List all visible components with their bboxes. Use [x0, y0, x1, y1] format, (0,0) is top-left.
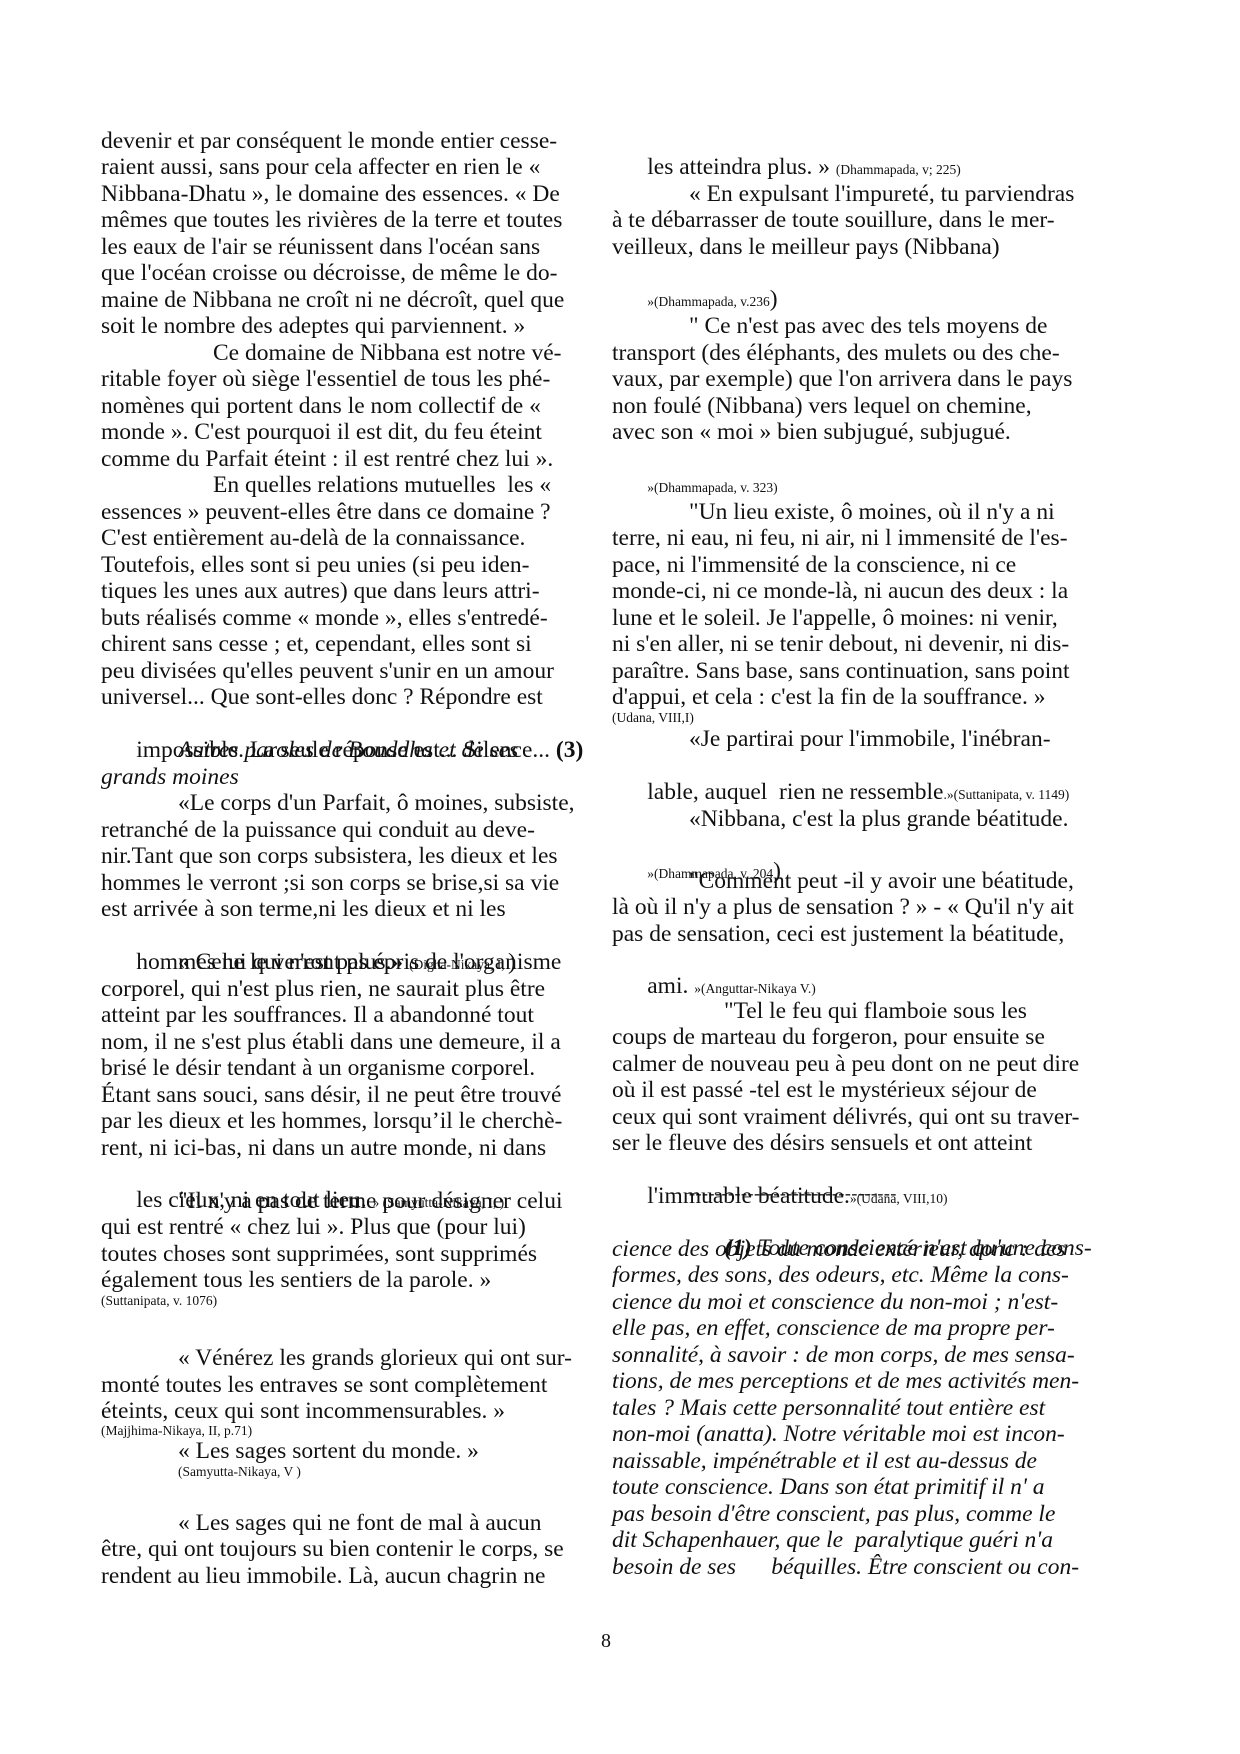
closing-quote: » [694, 981, 701, 996]
text-line: chirent sans cesse ; et, cependant, elle… [101, 631, 532, 657]
text-line: maine de Nibbana ne croît ni ne décroît,… [101, 287, 564, 313]
citation: (Suttanipata, v. 1076) [101, 1293, 217, 1309]
footnote-line: besoin de ses béquilles. Être conscient … [612, 1554, 1079, 1580]
text-line: Nibbana-Dhatu », le domaine des essences… [101, 181, 560, 207]
text-line: "Tel le feu qui flamboie sous les [724, 998, 1027, 1024]
text-span: lable, auquel rien ne ressemble [647, 779, 943, 805]
text-line: Ce domaine de Nibbana est notre vé- [213, 340, 561, 366]
footnote-line: toute conscience. Dans son état primitif… [612, 1474, 1045, 1500]
page-number: 8 [601, 1630, 611, 1652]
text-line: non foulé (Nibbana) vers lequel on chemi… [612, 393, 1032, 419]
text-line: Étant sans souci, sans désir, il ne peut… [101, 1082, 561, 1108]
text-line: "Comment peut -il y avoir une béatitude, [689, 868, 1074, 894]
text-line: soit le nombre des adeptes qui parvienne… [101, 313, 525, 339]
text-line: «Je partirai pour l'immobile, l'inébran- [689, 726, 1051, 752]
document-page: devenir et par conséquent le monde entie… [0, 0, 1240, 1754]
citation: (Majjhima-Nikaya, II, p.71) [101, 1423, 252, 1439]
text-line: est arrivée à son terme,ni les dieux et … [101, 896, 506, 922]
text-line: C'est entièrement au-delà de la connaiss… [101, 525, 525, 551]
text-line: «Le corps d'un Parfait, ô moines, subsis… [178, 790, 575, 816]
text-line: veilleux, dans le meilleur pays (Nibbana… [612, 234, 1000, 260]
text-line: nom, il ne s'est plus établi dans une de… [101, 1029, 561, 1055]
text-line: vaux, par exemple) que l'on arrivera dan… [612, 366, 1072, 392]
text-line: " Ce n'est pas avec des tels moyens de [689, 313, 1047, 339]
text-line: pace, ni l'immensité de la conscience, n… [612, 552, 1016, 578]
closing-quote: » [647, 294, 654, 309]
text-span: ami. [647, 973, 694, 999]
citation: (Dhammapada, v; 225) [836, 162, 961, 177]
right-column: les atteindra plus. » (Dhammapada, v; 22… [612, 0, 1122, 1754]
citation: (Udana, VIII,I) [612, 710, 694, 726]
footnote-line: cience des objets du monde extérieur, do… [612, 1236, 1066, 1262]
text-line: les eaux de l'air se réunissent dans l'o… [101, 234, 540, 260]
text-line: lune et le soleil. Je l'appelle, ô moine… [612, 605, 1058, 631]
text-line: atteint par les souffrances. Il a abando… [101, 1002, 534, 1028]
footnote-line: non-moi (anatta). Notre véritable moi es… [612, 1421, 1065, 1447]
footnote-line: elle pas, en effet, conscience de ma pro… [612, 1315, 1055, 1341]
footnote-line: pas besoin d'être conscient, pas plus, c… [612, 1501, 1055, 1527]
text-line: buts réalisés comme « monde », elles s'e… [101, 605, 548, 631]
text-line: rendent au lieu immobile. Là, aucun chag… [101, 1563, 545, 1589]
closing-quote: » [647, 480, 654, 495]
text-line: par les dieux et les hommes, lorsqu’il l… [101, 1108, 562, 1134]
text-line: monde ». C'est pourquoi il est dit, du f… [101, 419, 542, 445]
citation: (Anguttar-Nikaya V.) [701, 981, 816, 996]
text-line: nomènes qui portent dans le nom collecti… [101, 393, 541, 419]
text-line: « Les sages sortent du monde. » [178, 1438, 479, 1464]
text-line: où il est passé -tel est le mystérieux s… [612, 1077, 1037, 1103]
text-line: "Il n'y a pas de terme pour désigner cel… [178, 1188, 562, 1214]
citation: .»(Suttanipata, v. 1149) [944, 787, 1070, 802]
text-line: rent, ni ici-bas, ni dans un autre monde… [101, 1135, 546, 1161]
text-line: «Nibbana, c'est la plus grande béatitude… [689, 806, 1068, 832]
footnote-line: formes, des sons, des odeurs, etc. Même … [612, 1262, 1069, 1288]
text-span: les atteindra plus. » [647, 154, 836, 180]
text-line: également tous les sentiers de la parole… [101, 1267, 491, 1293]
text-line: nir.Tant que son corps subsistera, les d… [101, 843, 558, 869]
text-line: corporel, qui n'est plus rien, ne saurai… [101, 976, 545, 1002]
text-line: coups de marteau du forgeron, pour ensui… [612, 1024, 1045, 1050]
left-column: devenir et par conséquent le monde entie… [101, 0, 611, 1754]
text-line: ceux qui sont vraiment délivrés, qui ont… [612, 1104, 1079, 1130]
text-line: monde-ci, ni ce monde-là, ni aucun des d… [612, 578, 1068, 604]
text-line: monté toutes les entraves se sont complè… [101, 1372, 547, 1398]
text-line: « Celui qui n'est pas épris de l'organis… [178, 949, 561, 975]
text-line: d'appui, et cela : c'est la fin de la so… [612, 684, 1045, 710]
text-line: ritable foyer où siège l'essentiel de to… [101, 366, 550, 392]
text-line: pas de sensation, ceci est justement la … [612, 921, 1064, 947]
text-line: terre, ni eau, ni feu, ni air, ni l imme… [612, 525, 1068, 551]
citation: (Samyutta-Nikaya, V ) [178, 1464, 301, 1480]
footnote-line: naissable, impénétrable et il est au-des… [612, 1448, 1037, 1474]
closing-quote: » [647, 866, 654, 881]
text-line: devenir et par conséquent le monde entie… [101, 128, 557, 154]
footnote-marker: (3) [556, 737, 583, 763]
text-line: essences » peuvent-elles être dans ce do… [101, 499, 551, 525]
section-heading: grands moines [101, 764, 239, 790]
citation-paren: ) [770, 286, 778, 312]
footnote-line: dit Schapenhauer, que le paralytique gué… [612, 1527, 1053, 1553]
text-line: mêmes que toutes les rivières de la terr… [101, 207, 562, 233]
text-line: à te débarrasser de toute souillure, dan… [612, 207, 1055, 233]
text-line: là où il n'y a plus de sensation ? » - «… [612, 894, 1074, 920]
text-line: transport (des éléphants, des mulets ou … [612, 340, 1060, 366]
footnote-line: sonnalité, à savoir : de mon corps, de m… [612, 1342, 1075, 1368]
text-line: être, qui ont toujours su bien contenir … [101, 1536, 564, 1562]
text-line: "Un lieu existe, ô moines, où il n'y a n… [689, 499, 1055, 525]
text-line: Toutefois, elles sont si peu unies (si p… [101, 552, 529, 578]
text-line: ni s'en aller, ni se tenir debout, ni de… [612, 631, 1069, 657]
text-line: brisé le désir tendant à un organisme co… [101, 1055, 535, 1081]
section-heading: Autres paroles de Bouddha et de ses [178, 737, 518, 763]
text-line: ser le fleuve des désirs sensuels et ont… [612, 1130, 1032, 1156]
text-line: tiques les unes aux autres) que dans leu… [101, 578, 540, 604]
text-line: avec son « moi » bien subjugué, subjugué… [612, 419, 1011, 445]
footnote-separator: -------------------------------- [689, 1184, 897, 1202]
footnote-line: tions, de mes perceptions et de mes acti… [612, 1368, 1079, 1394]
text-line: toutes choses sont supprimées, sont supp… [101, 1241, 537, 1267]
text-line: En quelles relations mutuelles les « [213, 472, 551, 498]
text-line: « Les sages qui ne font de mal à aucun [178, 1510, 541, 1536]
text-line: universel... Que sont-elles donc ? Répon… [101, 684, 543, 710]
citation: (Dhammapada, v. 323) [654, 480, 778, 495]
text-line: hommes le verront ;si son corps se brise… [101, 870, 559, 896]
text-line: paraître. Sans base, sans continuation, … [612, 658, 1070, 684]
text-line: « Vénérez les grands glorieux qui ont su… [178, 1345, 572, 1371]
footnote-line: tales ? Mais cette personnalité tout ent… [612, 1395, 1045, 1421]
text-line: comme du Parfait éteint : il est rentré … [101, 446, 553, 472]
text-line: retranché de la puissance qui conduit au… [101, 817, 535, 843]
text-line: calmer de nouveau peu à peu dont on ne p… [612, 1051, 1079, 1077]
text-line: raient aussi, sans pour cela affecter en… [101, 154, 540, 180]
text-line: peu divisées qu'elles peuvent s'unir en … [101, 658, 554, 684]
text-line: qui est rentré « chez lui ». Plus que (p… [101, 1214, 526, 1240]
citation: (Dhammapada, v.236 [654, 294, 770, 309]
text-line: que l'océan croisse ou décroisse, de mêm… [101, 260, 557, 286]
footnote-line: cience du moi et conscience du non-moi ;… [612, 1289, 1058, 1315]
text-line: « En expulsant l'impureté, tu parviendra… [689, 181, 1074, 207]
text-line: éteints, ceux qui sont incommensurables.… [101, 1398, 505, 1424]
